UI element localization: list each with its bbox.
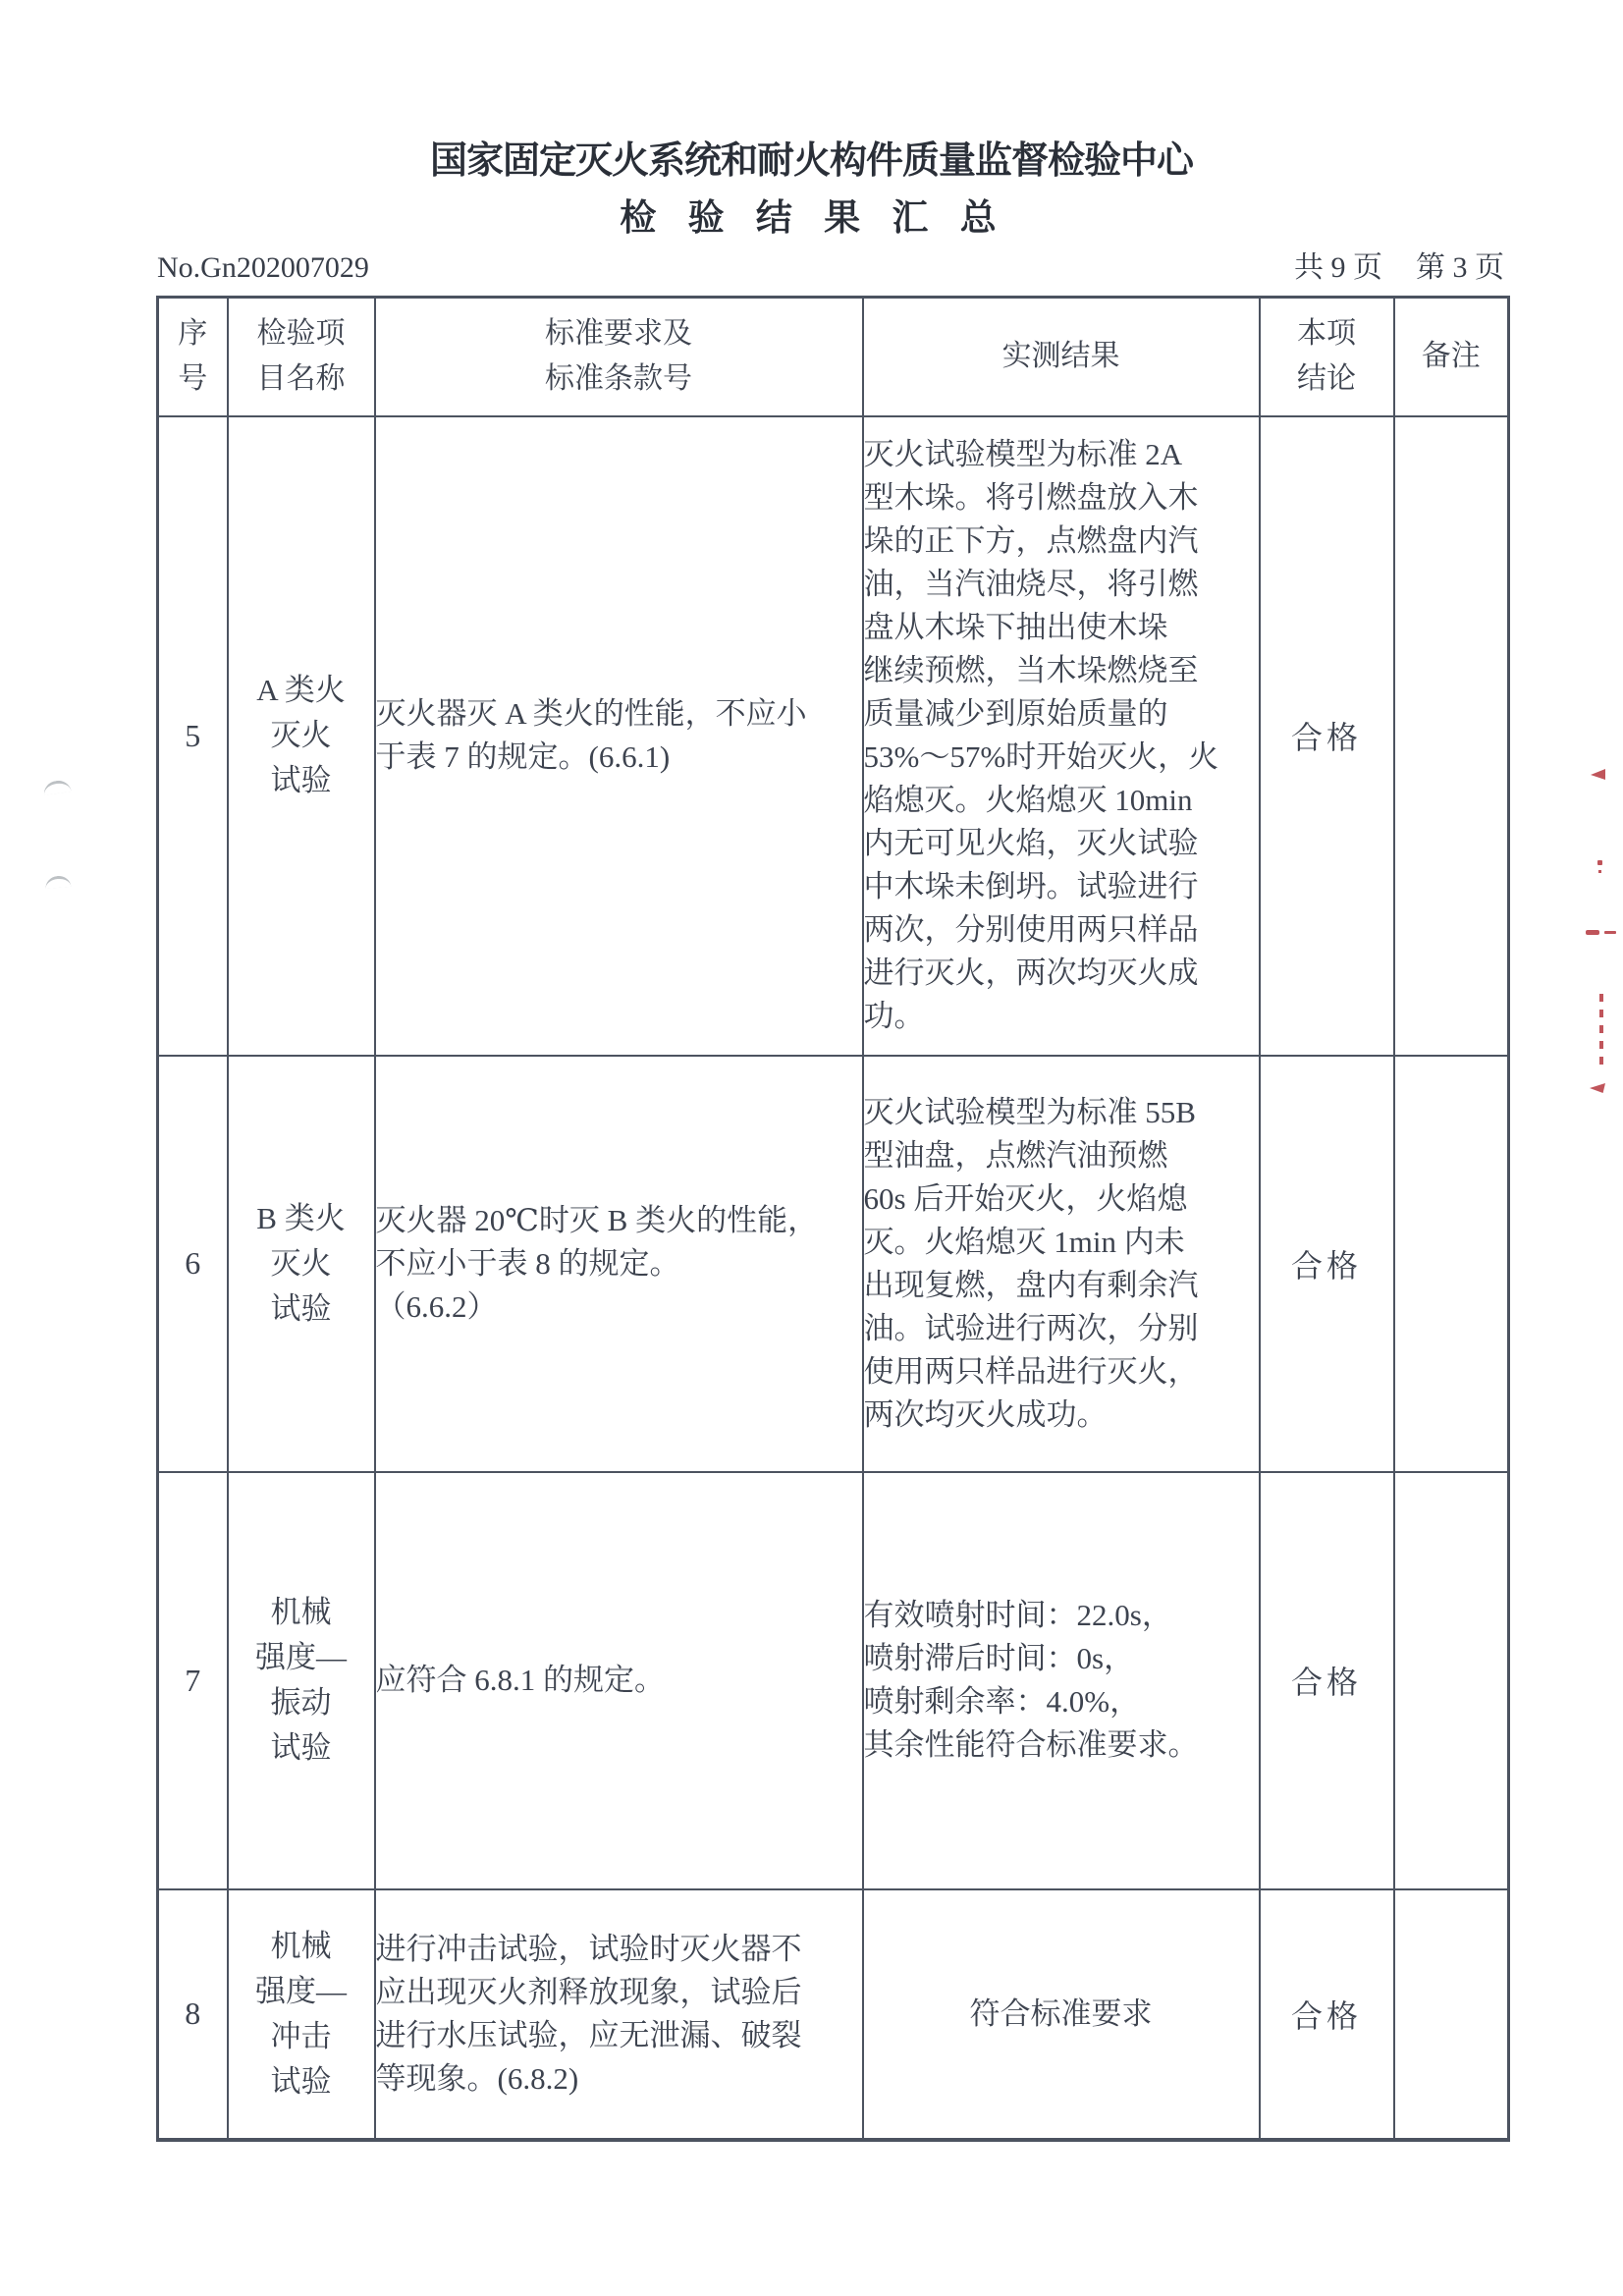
current-page: 第 3 页: [1416, 250, 1504, 286]
table-row-8: 8 机械 强度— 冲击 试验 进行冲击试验，试验时灭火器不 应出现灭火剂释放现象…: [158, 1889, 1509, 2140]
cell-no: 7: [158, 1472, 228, 1889]
cell-no: 6: [158, 1056, 228, 1472]
col-header-result: 实测结果: [863, 298, 1260, 416]
page-title: 检 验 结 果 汇 总: [0, 197, 1623, 239]
cell-item: A 类火 灭火 试验: [228, 416, 375, 1056]
cell-requirement: 灭火器灭 A 类火的性能，不应小 于表 7 的规定。(6.6.1): [375, 416, 863, 1056]
cell-remark: [1394, 1889, 1509, 2140]
scan-artifact-pencil-mark: [42, 779, 72, 795]
cell-requirement: 进行冲击试验，试验时灭火器不 应出现灭火剂释放现象，试验后 进行水压试验，应无泄…: [375, 1889, 863, 2140]
cell-result: 符合标准要求: [863, 1889, 1260, 2140]
total-pages: 共 9 页: [1294, 250, 1382, 286]
cell-result: 灭火试验模型为标准 2A 型木垛。将引燃盘放入木 垛的正下方，点燃盘内汽 油，当…: [863, 416, 1260, 1056]
table-row-5: 5 A 类火 灭火 试验 灭火器灭 A 类火的性能，不应小 于表 7 的规定。(…: [158, 416, 1509, 1056]
cell-requirement: 灭火器 20℃时灭 B 类火的性能， 不应小于表 8 的规定。 （6.6.2）: [375, 1056, 863, 1472]
table-row-7: 7 机械 强度— 振动 试验 应符合 6.8.1 的规定。 有效喷射时间：22.…: [158, 1472, 1509, 1889]
cell-conclusion: 合格: [1260, 1472, 1394, 1889]
scan-artifact-red-speck: [1597, 860, 1602, 865]
cell-conclusion: 合格: [1260, 416, 1394, 1056]
col-header-item: 检验项 目名称: [228, 298, 375, 416]
scan-artifact-red-speck: [1586, 930, 1599, 935]
scan-artifact-red-speck: [1590, 1083, 1605, 1093]
cell-remark: [1394, 1472, 1509, 1889]
cell-conclusion: 合格: [1260, 1889, 1394, 2140]
scanned-report-page: 国家固定灭火系统和耐火构件质量监督检验中心 检 验 结 果 汇 总 No.Gn2…: [0, 0, 1623, 2296]
scan-artifact-pencil-mark: [45, 875, 72, 889]
col-header-requirement: 标准要求及 标准条款号: [375, 298, 863, 416]
cell-conclusion: 合格: [1260, 1056, 1394, 1472]
cell-item: 机械 强度— 振动 试验: [228, 1472, 375, 1889]
table-row-6: 6 B 类火 灭火 试验 灭火器 20℃时灭 B 类火的性能， 不应小于表 8 …: [158, 1056, 1509, 1472]
col-header-seq: 序 号: [158, 298, 228, 416]
report-number: No.Gn202007029: [157, 250, 369, 286]
cell-remark: [1394, 416, 1509, 1056]
scan-artifact-red-dashes: [1599, 994, 1603, 1070]
org-title: 国家固定灭火系统和耐火构件质量监督检验中心: [0, 139, 1623, 183]
col-header-conclusion: 本项 结论: [1260, 298, 1394, 416]
cell-result: 灭火试验模型为标准 55B 型油盘，点燃汽油预燃 60s 后开始灭火，火焰熄 灭…: [863, 1056, 1260, 1472]
col-header-remark: 备注: [1394, 298, 1509, 416]
cell-result: 有效喷射时间：22.0s， 喷射滞后时间：0s， 喷射剩余率：4.0%， 其余性…: [863, 1472, 1260, 1889]
cell-no: 8: [158, 1889, 228, 2140]
cell-remark: [1394, 1056, 1509, 1472]
cell-item: 机械 强度— 冲击 试验: [228, 1889, 375, 2140]
table-header-row: 序 号 检验项 目名称 标准要求及 标准条款号 实测结果 本项 结论 备注: [158, 298, 1509, 416]
page-info: 共 9 页 第 3 页: [1294, 250, 1504, 286]
cell-no: 5: [158, 416, 228, 1056]
cell-item: B 类火 灭火 试验: [228, 1056, 375, 1472]
scan-artifact-red-speck: [1591, 769, 1605, 780]
results-table: 序 号 检验项 目名称 标准要求及 标准条款号 实测结果 本项 结论 备注 5 …: [156, 296, 1510, 2142]
cell-requirement: 应符合 6.8.1 的规定。: [375, 1472, 863, 1889]
info-row: No.Gn202007029 共 9 页 第 3 页: [157, 250, 1504, 286]
